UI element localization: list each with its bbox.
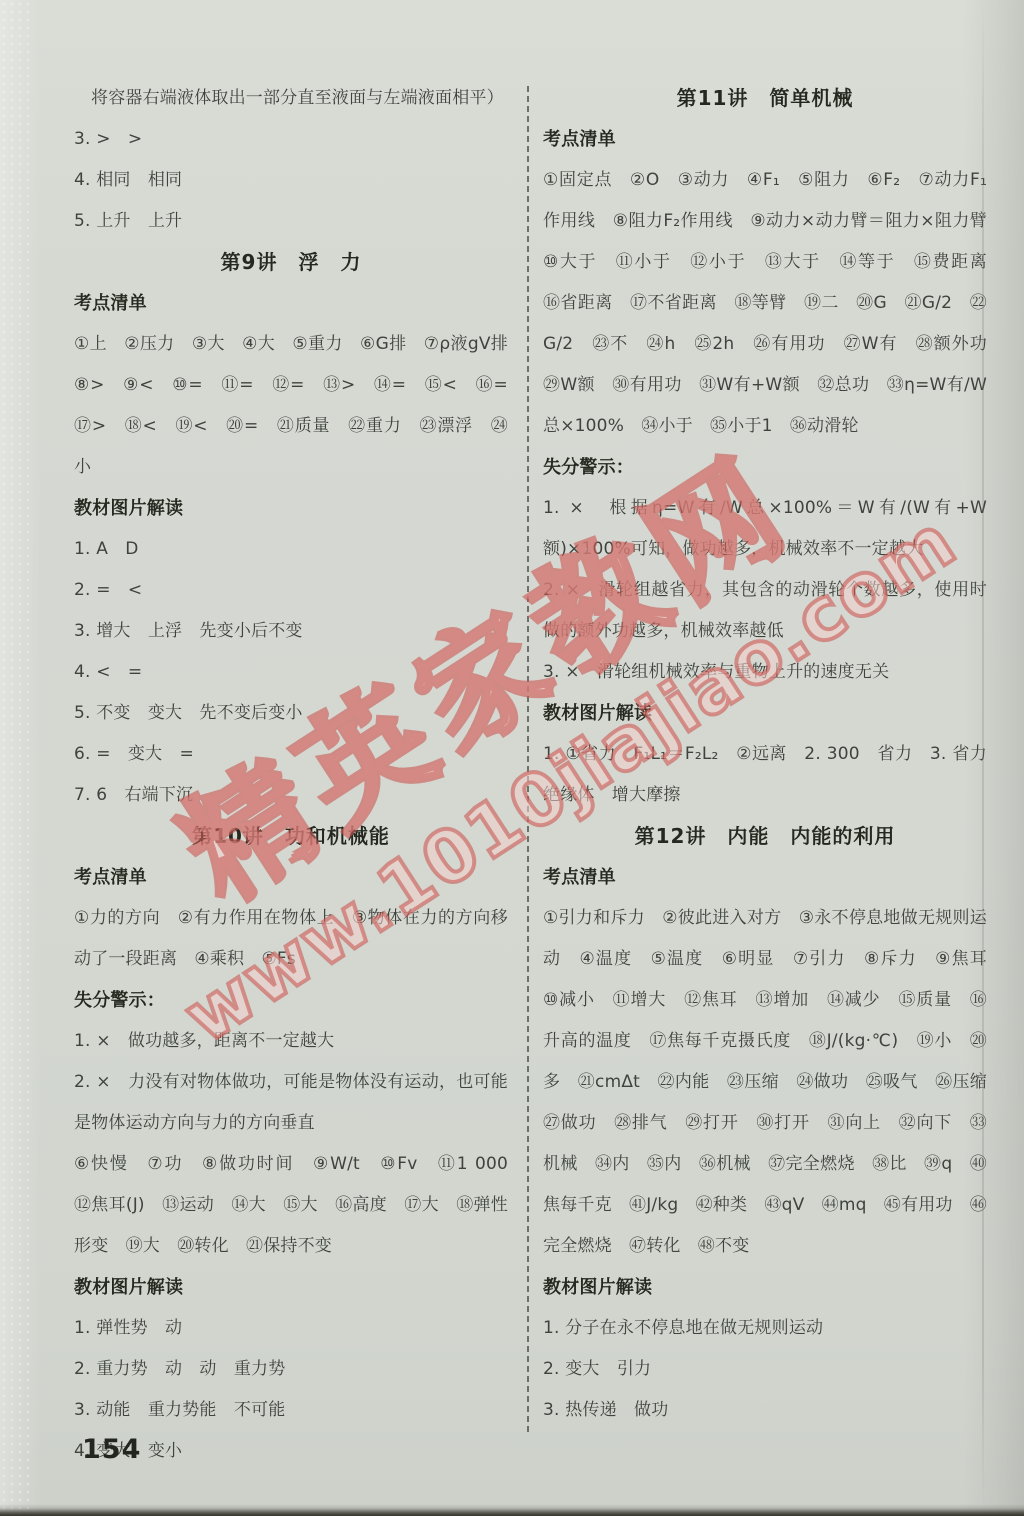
continued-answer-text: 将容器右端液体取出一部分直至液面与左端液面相平） xyxy=(74,78,508,119)
chapter-heading: 第9讲 浮 力 xyxy=(74,242,508,283)
answer-text: 2. × 滑轮组越省力，其包含的动滑轮个数越多，使用时做的额外功越多，机械效率越… xyxy=(543,570,987,652)
section-label: 教材图片解读 xyxy=(74,488,508,529)
answer-text: ①上 ②压力 ③大 ④大 ⑤重力 ⑥G排 ⑦ρ液gV排 ⑧> ⑨< ⑩= ⑪= … xyxy=(74,324,508,488)
section-label: 失分警示： xyxy=(74,980,508,1021)
right-column: 第11讲 简单机械考点清单①固定点 ②O ③动力 ④F₁ ⑤阻力 ⑥F₂ ⑦动力… xyxy=(543,78,987,1431)
answer-text: ①力的方向 ②有力作用在物体上 ③物体在力的方向移动了一段距离 ④乘积 ⑤Fs xyxy=(74,898,508,980)
answer-text: 5. 不变 变大 先不变后变小 xyxy=(74,693,508,734)
answer-text: 7. 6 右端下沉 xyxy=(74,775,508,816)
section-label: 教材图片解读 xyxy=(74,1267,508,1308)
answer-text: 4. < = xyxy=(74,652,508,693)
answer-text: 6. = 变大 = xyxy=(74,734,508,775)
answer-text: 3. > > xyxy=(74,119,508,160)
section-label: 考点清单 xyxy=(74,857,508,898)
chapter-heading: 第10讲 功和机械能 xyxy=(74,816,508,857)
left-column: 将容器右端液体取出一部分直至液面与左端液面相平）3. > >4. 相同 相同5.… xyxy=(74,78,508,1472)
page-bottom-edge xyxy=(0,1504,1024,1516)
section-label: 失分警示： xyxy=(543,447,987,488)
answer-text: 1. × 根据η=W有/W总×100%＝W有/(W有+W额)×100%可知，做功… xyxy=(543,488,987,570)
answer-text: 4. 相同 相同 xyxy=(74,160,508,201)
book-page: 将容器右端液体取出一部分直至液面与左端液面相平）3. > >4. 相同 相同5.… xyxy=(0,0,1024,1516)
column-divider xyxy=(527,86,529,1432)
answer-text: 1. 分子在永不停息地在做无规则运动 xyxy=(543,1308,987,1349)
answer-text: 2. × 力没有对物体做功，可能是物体没有运动，也可能是物体运动方向与力的方向垂… xyxy=(74,1062,508,1144)
answer-text: 1. × 做功越多，距离不一定越大 xyxy=(74,1021,508,1062)
answer-text: 2. = < xyxy=(74,570,508,611)
answer-text: 2. 变大 引力 xyxy=(543,1349,987,1390)
answer-text: ⑥快慢 ⑦功 ⑧做功时间 ⑨W/t ⑩Fv ⑪1 000 ⑫焦耳(J) ⑬运动 … xyxy=(74,1144,508,1267)
answer-text: 3. × 滑轮组机械效率与重物上升的速度无关 xyxy=(543,652,987,693)
section-label: 教材图片解读 xyxy=(543,1267,987,1308)
answer-text: 1. A D xyxy=(74,529,508,570)
answer-text: 3. 动能 重力势能 不可能 xyxy=(74,1390,508,1431)
section-label: 考点清单 xyxy=(543,119,987,160)
answer-text: 3. 增大 上浮 先变小后不变 xyxy=(74,611,508,652)
chapter-heading: 第11讲 简单机械 xyxy=(543,78,987,119)
section-label: 教材图片解读 xyxy=(543,693,987,734)
answer-text: 5. 上升 上升 xyxy=(74,201,508,242)
answer-text: 1. 弹性势 动 xyxy=(74,1308,508,1349)
page-gutter-line xyxy=(982,0,984,1506)
answer-text: 1. ①省力 F₁L₁＝F₂L₂ ②远离 2. 300 省力 3. 省力 绝缘体… xyxy=(543,734,987,816)
page-number: 154 xyxy=(82,1434,141,1465)
answer-text: 3. 热传递 做功 xyxy=(543,1390,987,1431)
answer-text: 2. 重力势 动 动 重力势 xyxy=(74,1349,508,1390)
answer-text: ①固定点 ②O ③动力 ④F₁ ⑤阻力 ⑥F₂ ⑦动力F₁作用线 ⑧阻力F₂作用… xyxy=(543,160,987,447)
section-label: 考点清单 xyxy=(543,857,987,898)
section-label: 考点清单 xyxy=(74,283,508,324)
answer-text: ①引力和斥力 ②彼此进入对方 ③永不停息地做无规则运动 ④温度 ⑤温度 ⑥明显 … xyxy=(543,898,987,1267)
chapter-heading: 第12讲 内能 内能的利用 xyxy=(543,816,987,857)
